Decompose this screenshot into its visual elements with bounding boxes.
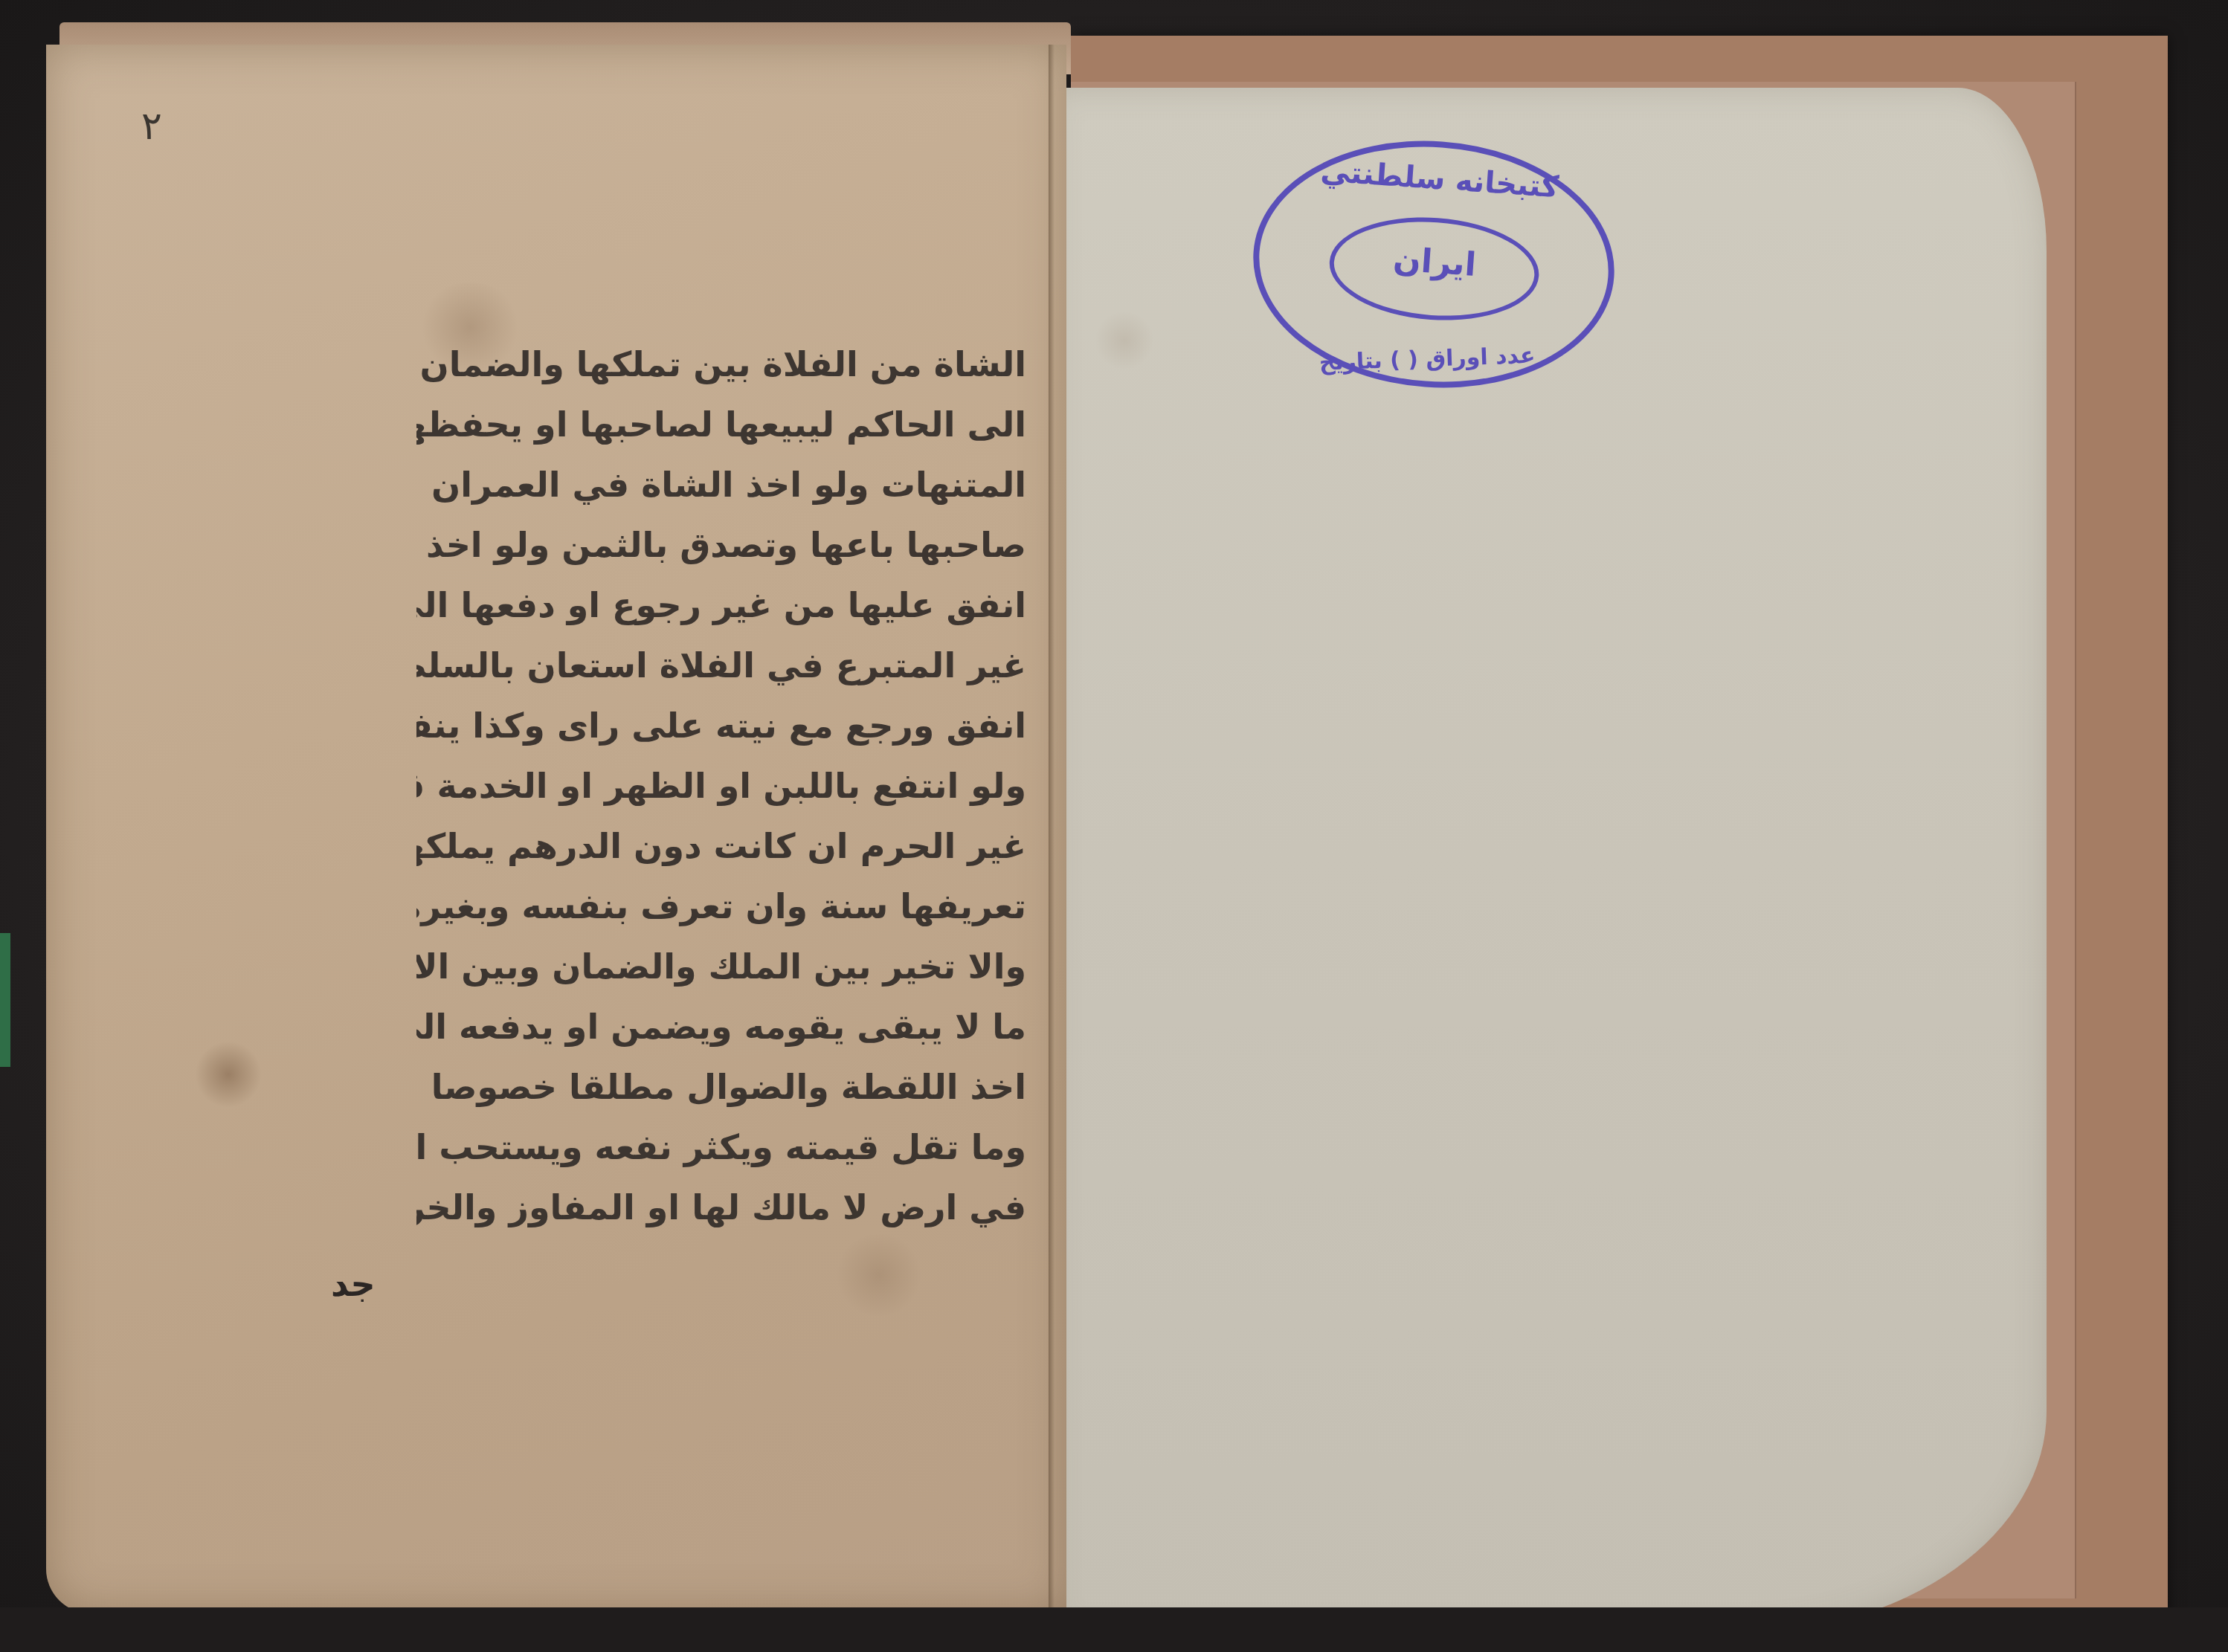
manuscript-line: المتنهات ولو اخذ الشاة في العمران حبسها … <box>416 455 1026 515</box>
bottom-shadow <box>0 1607 2228 1652</box>
manuscript-line: ما لا يبقى يقومه ويضمن او يدفعه الى الحا… <box>416 997 1026 1057</box>
folio-number: ٢ <box>141 104 162 149</box>
paper-stain <box>834 1234 924 1316</box>
manuscript-line: وما تقل قيمته ويكثر نفعه ويستحب الاشهاد … <box>416 1117 1026 1178</box>
stamp-inner-oval: ايران <box>1326 210 1542 326</box>
color-calibration-tab <box>0 933 10 1067</box>
manuscript-line: صاحبها باعها وتصدق بالثمن ولو اخذ غيرها … <box>416 515 1026 575</box>
manuscript-line: الى الحاكم ليبيعها لصاحبها او يحفظها ولا… <box>416 395 1026 455</box>
manuscript-line: والا تخير بين الملك والضمان وبين الابقا … <box>416 937 1026 997</box>
manuscript-line: غير المتبرع في الفلاة استعان بالسلطان في… <box>416 636 1026 696</box>
paper-stain <box>1095 311 1154 370</box>
ink-stain <box>195 1041 262 1108</box>
manuscript-line: تعريفها سنة وان تعرف بنفسه وبغيره فان جا… <box>416 877 1026 937</box>
manuscript-line: ولو انتفع باللبن او الظهر او الخدمة قاص … <box>416 756 1026 816</box>
manuscript-line: اخذ اللقطة والضوال مطلقا خصوصا الفاسق ال… <box>416 1057 1026 1117</box>
book-gutter <box>1049 45 1055 1613</box>
manuscript-line: في ارض لا مالك لها او المفاوز والخربة فه… <box>416 1178 1026 1238</box>
manuscript-text-block: الشاة من الفلاة بين تملكها والضمان وبين … <box>416 335 1026 1238</box>
manuscript-line: غير الحرم ان كانت دون الدرهم يملكها الوا… <box>416 816 1026 877</box>
manuscript-line: انفق ورجع مع نيته على راى وكذا ينفق على … <box>416 696 1026 756</box>
manuscript-line: الشاة من الفلاة بين تملكها والضمان وبين … <box>416 335 1026 395</box>
catchword: جد <box>331 1264 376 1304</box>
manuscript-line: انفق عليها من غير رجوع او دفعها الى الحا… <box>416 575 1026 636</box>
stamp-center-text: ايران <box>1333 236 1536 288</box>
